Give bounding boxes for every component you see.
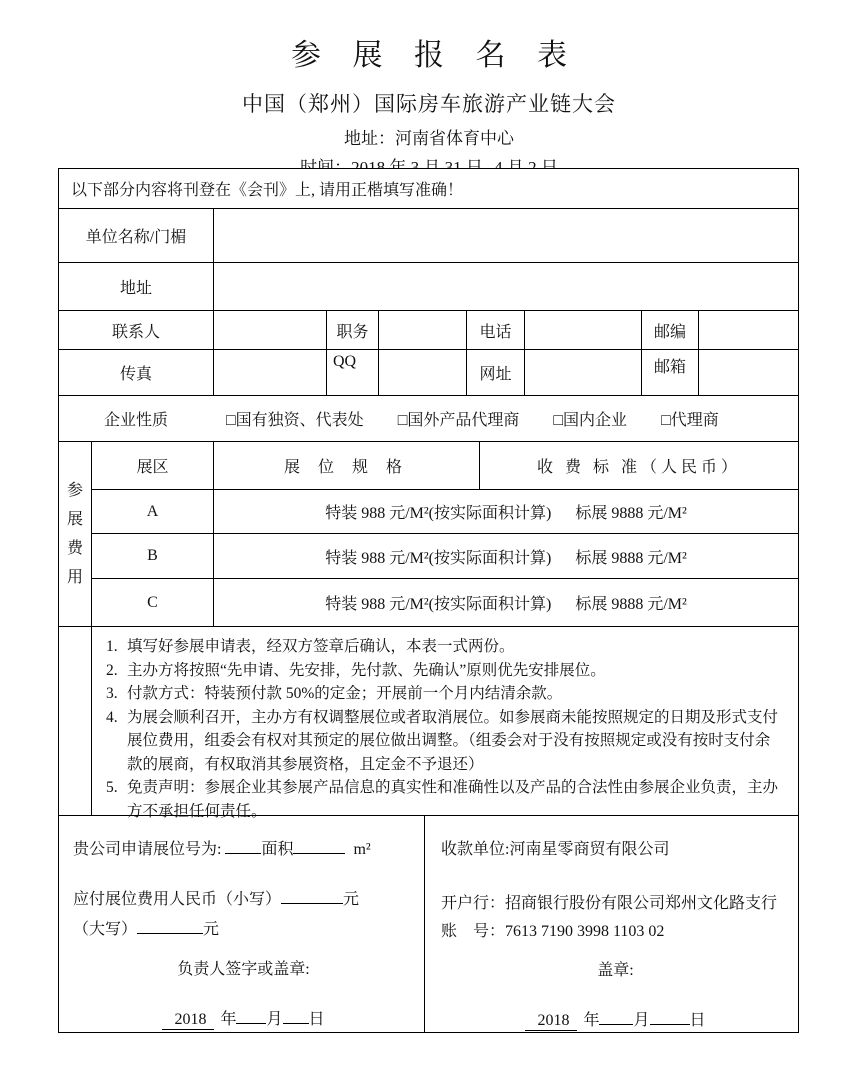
standard-booth-price: 标展 9888 元/M² — [575, 545, 686, 568]
phone-field[interactable] — [524, 311, 641, 349]
amount-caps-line: （大写）元 — [73, 916, 414, 939]
fee-row-c: C 特装 988 元/M²(按实际面积计算) 标展 9888 元/M² — [92, 578, 798, 626]
booth-number-blank[interactable] — [225, 837, 261, 854]
contact-field[interactable] — [213, 311, 326, 349]
job-field[interactable] — [378, 311, 466, 349]
note-item: 1.填写好参展申请表，经双方签章后确认，本表一式两份。 — [100, 635, 780, 659]
email-field[interactable] — [698, 350, 798, 395]
zone-cell: A — [92, 490, 213, 533]
fax-row: 传真 QQ 网址 邮箱 — [59, 349, 798, 395]
company-type-row: 企业性质 □国有独资、代表处 □国外产品代理商 □国内企业 □代理商 — [59, 395, 798, 441]
area-unit: m² — [353, 841, 370, 858]
price-header: 收 费 标 准（人民币） — [479, 442, 798, 489]
venue-line: 地址：河南省体育中心 — [0, 124, 858, 149]
company-type-option-foreign-agent[interactable]: □国外产品代理商 — [398, 407, 520, 430]
fax-label: 传真 — [59, 350, 213, 395]
amount-blank[interactable] — [281, 887, 343, 904]
email-label: 邮箱 — [641, 350, 698, 395]
job-label: 职务 — [326, 311, 378, 349]
zone-cell: B — [92, 534, 213, 578]
sign-year: 2018 — [162, 1011, 214, 1030]
fee-row-b: B 特装 988 元/M²(按实际面积计算) 标展 9888 元/M² — [92, 533, 798, 578]
payee-account: 账 号：7613 7190 3998 1103 02 — [441, 918, 790, 941]
contact-row: 联系人 职务 电话 邮编 — [59, 310, 798, 349]
address-label: 地址 — [59, 263, 213, 310]
company-type-label: 企业性质 — [59, 396, 213, 441]
zip-label: 邮编 — [641, 311, 698, 349]
booth-number-line: 贵公司申请展位号为: 面积m² — [73, 836, 414, 859]
standard-booth-price: 标展 9888 元/M² — [575, 500, 686, 523]
bottom-section: 贵公司申请展位号为: 面积m² 应付展位费用人民币（小写）元 （大写）元 负责人… — [59, 815, 798, 1032]
area-blank[interactable] — [293, 837, 345, 854]
fee-row-a: A 特装 988 元/M²(按实际面积计算) 标展 9888 元/M² — [92, 489, 798, 533]
company-name-row: 单位名称/门楣 — [59, 208, 798, 262]
checkbox-icon: □ — [226, 412, 236, 429]
fee-section-label: 参展费用 — [67, 476, 84, 592]
fee-spec-cell: 特装 988 元/M²(按实际面积计算) 标展 9888 元/M² — [213, 534, 798, 578]
sign-date-line: 2018年月日 — [73, 1006, 414, 1030]
website-field[interactable] — [524, 350, 641, 395]
fee-table: 展区 展 位 规 格 收 费 标 准（人民币） A 特装 988 元/M²(按实… — [92, 442, 798, 626]
sign-month-blank[interactable] — [236, 1007, 266, 1024]
fee-section-side: 参展费用 — [59, 442, 92, 626]
seal-month-blank[interactable] — [599, 1008, 633, 1025]
fee-spec-cell: 特装 988 元/M²(按实际面积计算) 标展 9888 元/M² — [213, 490, 798, 533]
seal-label: 盖章: — [441, 957, 790, 980]
company-type-option-agent[interactable]: □代理商 — [661, 407, 719, 430]
payee-cell: 收款单位:河南星零商贸有限公司 开户行：招商银行股份有限公司郑州文化路支行 账 … — [424, 816, 798, 1032]
special-booth-price: 特装 988 元/M²(按实际面积计算) — [325, 500, 551, 523]
special-booth-price: 特装 988 元/M²(按实际面积计算) — [325, 591, 551, 614]
notice-row: 以下部分内容将刊登在《会刊》上, 请用正楷填写准确！ — [59, 169, 798, 208]
amount-caps-blank[interactable] — [137, 917, 203, 934]
website-label: 网址 — [466, 350, 524, 395]
fee-section: 参展费用 展区 展 位 规 格 收 费 标 准（人民币） A 特装 988 元/… — [59, 441, 798, 626]
note-item: 3.付款方式：特装预付款 50%的定金；开展前一个月内结清余款。 — [100, 682, 780, 706]
qq-field[interactable] — [378, 350, 466, 395]
applicant-cell: 贵公司申请展位号为: 面积m² 应付展位费用人民币（小写）元 （大写）元 负责人… — [59, 816, 424, 1032]
seal-day-blank[interactable] — [650, 1008, 690, 1025]
zone-header: 展区 — [92, 442, 213, 489]
payee-unit: 收款单位:河南星零商贸有限公司 — [441, 836, 790, 859]
seal-year: 2018 — [525, 1012, 577, 1031]
company-type-options: □国有独资、代表处 □国外产品代理商 □国内企业 □代理商 — [213, 396, 798, 441]
registration-form-page: 参 展 报 名 表 中国（郑州）国际房车旅游产业链大会 地址：河南省体育中心 时… — [0, 0, 858, 1080]
contact-label: 联系人 — [59, 311, 213, 349]
signer-label: 负责人签字或盖章: — [73, 956, 414, 979]
fee-spec-cell: 特装 988 元/M²(按实际面积计算) 标展 9888 元/M² — [213, 579, 798, 626]
zip-field[interactable] — [698, 311, 798, 349]
special-booth-price: 特装 988 元/M²(按实际面积计算) — [325, 545, 551, 568]
checkbox-icon: □ — [661, 412, 671, 429]
form-header: 参 展 报 名 表 中国（郑州）国际房车旅游产业链大会 地址：河南省体育中心 时… — [0, 0, 858, 178]
company-type-option-state-owned[interactable]: □国有独资、代表处 — [226, 407, 364, 430]
amount-line: 应付展位费用人民币（小写）元 — [73, 886, 414, 909]
checkbox-icon: □ — [553, 412, 563, 429]
notice-text: 以下部分内容将刊登在《会刊》上, 请用正楷填写准确！ — [71, 177, 463, 200]
standard-booth-price: 标展 9888 元/M² — [575, 591, 686, 614]
notes-list: 1.填写好参展申请表，经双方签章后确认，本表一式两份。 2.主办方将按照“先申请… — [92, 627, 798, 815]
zone-cell: C — [92, 579, 213, 626]
conference-name: 中国（郑州）国际房车旅游产业链大会 — [0, 88, 858, 118]
checkbox-icon: □ — [398, 412, 408, 429]
qq-label: QQ — [326, 350, 378, 395]
phone-label: 电话 — [466, 311, 524, 349]
note-item: 4.为展会顺利召开，主办方有权调整展位或者取消展位。如参展商未能按照规定的日期及… — [100, 706, 780, 777]
notes-side-cell — [59, 627, 92, 815]
spec-header: 展 位 规 格 — [213, 442, 479, 489]
company-name-label: 单位名称/门楣 — [59, 209, 213, 262]
address-row: 地址 — [59, 262, 798, 310]
notes-section: 1.填写好参展申请表，经双方签章后确认，本表一式两份。 2.主办方将按照“先申请… — [59, 626, 798, 815]
sign-day-blank[interactable] — [283, 1007, 309, 1024]
company-name-field[interactable] — [213, 209, 798, 262]
seal-date-line: 2018年月日 — [441, 1007, 790, 1031]
address-field[interactable] — [213, 263, 798, 310]
note-item: 2.主办方将按照“先申请、先安排，先付款、先确认”原则优先安排展位。 — [100, 659, 780, 683]
fax-field[interactable] — [213, 350, 326, 395]
fee-header-row: 展区 展 位 规 格 收 费 标 准（人民币） — [92, 442, 798, 489]
payee-bank: 开户行：招商银行股份有限公司郑州文化路支行 — [441, 890, 790, 913]
page-title: 参 展 报 名 表 — [12, 0, 858, 74]
company-type-option-domestic[interactable]: □国内企业 — [553, 407, 627, 430]
registration-table: 以下部分内容将刊登在《会刊》上, 请用正楷填写准确！ 单位名称/门楣 地址 联系… — [58, 168, 799, 1033]
